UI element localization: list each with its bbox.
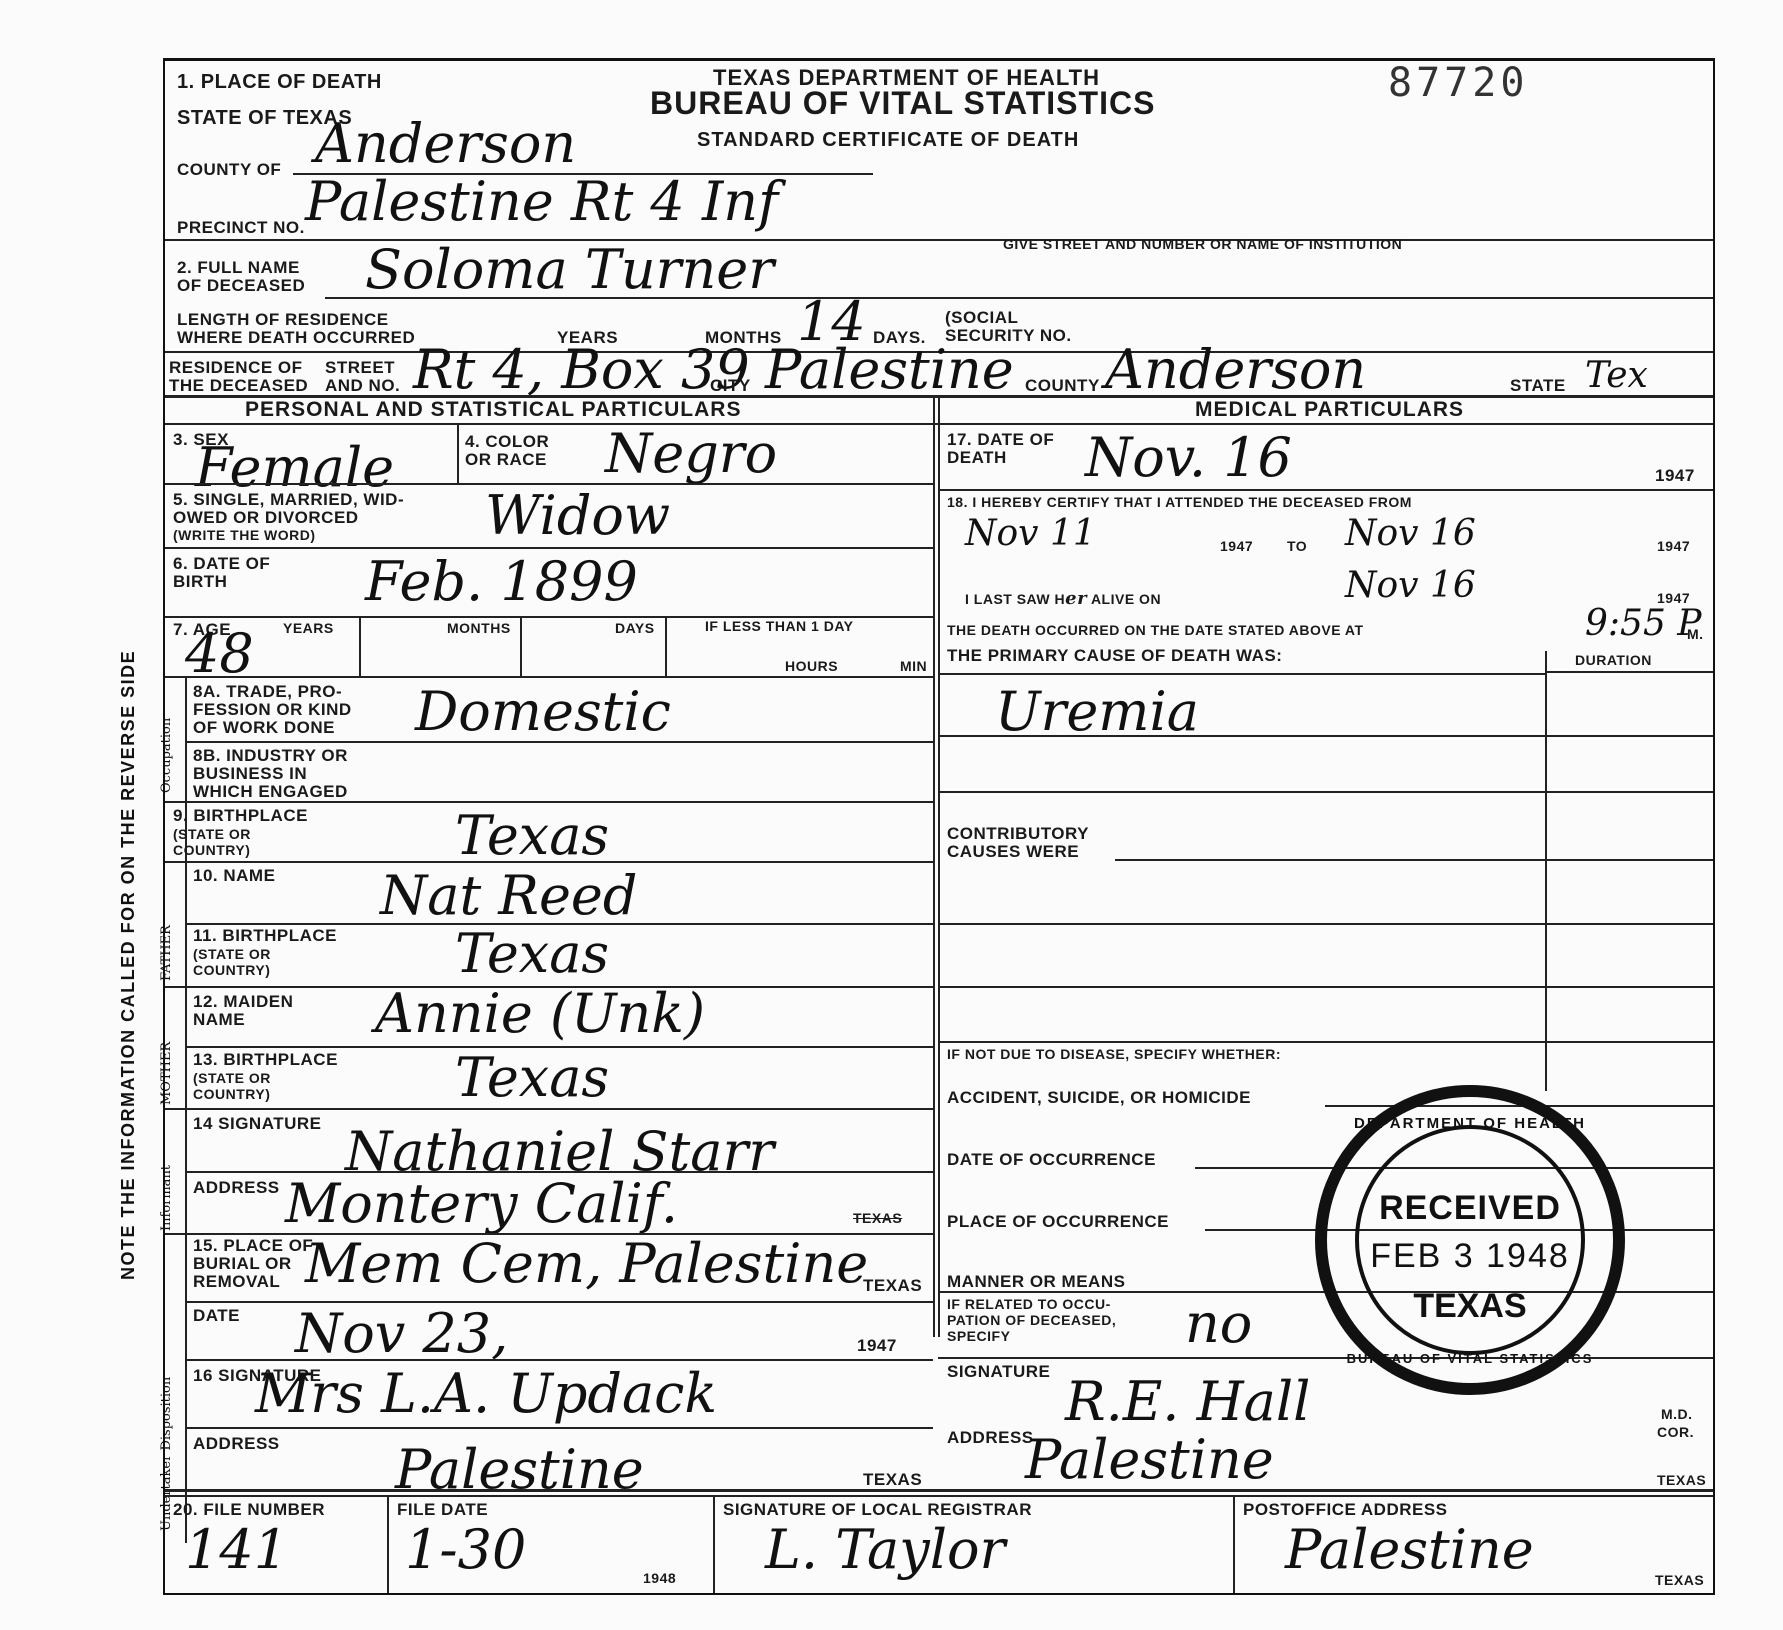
race-label-2: OR RACE bbox=[465, 451, 547, 469]
street-label-2: AND NO. bbox=[325, 377, 400, 395]
mother-birthplace-label-1: 13. BIRTHPLACE bbox=[193, 1051, 338, 1069]
informant-address-value: Montery Calif. bbox=[285, 1181, 678, 1227]
county-value: Anderson bbox=[315, 121, 576, 167]
dod-label-2: DEATH bbox=[947, 449, 1007, 467]
file-number-label: 20. FILE NUMBER bbox=[173, 1501, 325, 1519]
attended-label: 18. I HEREBY CERTIFY THAT I ATTENDED THE… bbox=[947, 495, 1412, 510]
mother-birthplace-label-3: COUNTRY) bbox=[193, 1087, 270, 1102]
stamp-arc-bottom: BUREAU OF VITAL STATISTICS bbox=[1327, 1351, 1613, 1366]
age-min-label: MIN bbox=[900, 659, 927, 674]
age-value: 48 bbox=[185, 631, 254, 677]
father-birthplace-value: Texas bbox=[455, 931, 609, 977]
primary-cause-value: Uremia bbox=[995, 689, 1199, 735]
related-value: no bbox=[1185, 1301, 1252, 1347]
death-time-value: 9:55 P bbox=[1585, 601, 1702, 647]
birthplace-value: Texas bbox=[455, 813, 609, 859]
postoffice-label: POSTOFFICE ADDRESS bbox=[1243, 1501, 1448, 1519]
related-label-3: SPECIFY bbox=[947, 1329, 1010, 1344]
contributory-label-2: CAUSES WERE bbox=[947, 843, 1079, 861]
father-name-label: 10. NAME bbox=[193, 867, 275, 885]
received-stamp: DEPARTMENT OF HEALTH RECEIVED FEB 3 1948… bbox=[1315, 1085, 1625, 1395]
ssn-label-1: (SOCIAL bbox=[945, 309, 1018, 327]
full-name-label-2: OF DECEASED bbox=[177, 277, 305, 295]
industry-label-1: 8B. INDUSTRY OR bbox=[193, 747, 348, 765]
file-date-value: 1-30 bbox=[405, 1527, 526, 1573]
residence-county-label: COUNTY bbox=[1025, 377, 1100, 395]
street-hint: GIVE STREET AND NUMBER OR NAME OF INSTIT… bbox=[1003, 237, 1402, 252]
dod-label-1: 17. DATE OF bbox=[947, 431, 1054, 449]
mother-birthplace-value: Texas bbox=[455, 1055, 609, 1101]
registrar-signature: L. Taylor bbox=[765, 1527, 1005, 1573]
physician-address-value: Palestine bbox=[1025, 1437, 1274, 1483]
mother-name-label-1: 12. MAIDEN bbox=[193, 993, 293, 1011]
informant-address-label: ADDRESS bbox=[193, 1179, 280, 1197]
burial-state: TEXAS bbox=[863, 1277, 922, 1295]
father-name-value: Nat Reed bbox=[380, 873, 637, 919]
mother-birthplace-label-2: (STATE OR bbox=[193, 1071, 271, 1086]
related-label-1: IF RELATED TO OCCU- bbox=[947, 1297, 1111, 1312]
undertaker-signature-value: Mrs L.A. Updack bbox=[255, 1371, 717, 1417]
informant-state: TEXAS bbox=[853, 1211, 902, 1226]
precinct-value: Palestine Rt 4 Inf bbox=[305, 179, 778, 225]
physician-address-label: ADDRESS bbox=[947, 1429, 1034, 1447]
undertaker-state: TEXAS bbox=[863, 1471, 922, 1489]
father-side-label: FATHER bbox=[159, 925, 174, 981]
birthplace-label-2: (STATE OR bbox=[173, 827, 251, 842]
industry-label-2: BUSINESS IN bbox=[193, 765, 307, 783]
residence-state-value: Tex bbox=[1585, 353, 1648, 399]
street-value: Rt 4, Box 39 bbox=[413, 347, 750, 393]
attended-to-value: Nov 16 bbox=[1345, 511, 1476, 557]
marital-label-1: 5. SINGLE, MARRIED, WID- bbox=[173, 491, 404, 509]
burial-label-3: REMOVAL bbox=[193, 1273, 280, 1291]
informant-signature-value: Nathaniel Starr bbox=[345, 1129, 774, 1175]
burial-label-1: 15. PLACE OF bbox=[193, 1237, 313, 1255]
attended-to-label: TO bbox=[1287, 539, 1307, 554]
burial-year: 1947 bbox=[857, 1337, 897, 1355]
stamp-date: FEB 3 1948 bbox=[1327, 1237, 1613, 1276]
residence-label-1: RESIDENCE OF bbox=[169, 359, 303, 377]
street-label-1: STREET bbox=[325, 359, 395, 377]
race-label-1: 4. COLOR bbox=[465, 433, 549, 451]
attended-from-value: Nov 11 bbox=[965, 511, 1096, 557]
physician-cor-suffix: COR. bbox=[1657, 1425, 1694, 1440]
informant-signature-label: 14 SIGNATURE bbox=[193, 1115, 322, 1133]
age-less-than-day-label: IF LESS THAN 1 DAY bbox=[705, 619, 854, 634]
registrar-label: SIGNATURE OF LOCAL REGISTRAR bbox=[723, 1501, 1032, 1519]
attended-to-year: 1947 bbox=[1657, 539, 1690, 554]
informant-side-label: Informant bbox=[159, 1165, 174, 1231]
mother-side-label: MOTHER bbox=[159, 1042, 174, 1105]
marital-label-3: (WRITE THE WORD) bbox=[173, 528, 316, 543]
age-years-label: YEARS bbox=[283, 621, 334, 636]
mother-name-label-2: NAME bbox=[193, 1011, 245, 1029]
dod-year: 1947 bbox=[1655, 467, 1695, 485]
stamp-arc-top: DEPARTMENT OF HEALTH bbox=[1327, 1115, 1613, 1132]
birthplace-label-3: COUNTRY) bbox=[173, 843, 250, 858]
city-label: CITY bbox=[710, 377, 751, 395]
manner-label: MANNER OR MEANS bbox=[947, 1273, 1125, 1291]
dob-label-2: BIRTH bbox=[173, 573, 227, 591]
occurrence-date-label: DATE OF OCCURRENCE bbox=[947, 1151, 1156, 1169]
mother-name-value: Annie (Unk) bbox=[375, 991, 705, 1037]
physician-md-suffix: M.D. bbox=[1661, 1407, 1693, 1422]
not-disease-label: IF NOT DUE TO DISEASE, SPECIFY WHETHER: bbox=[947, 1047, 1281, 1062]
file-date-year: 1948 bbox=[643, 1571, 676, 1586]
age-months-label: MONTHS bbox=[447, 621, 511, 636]
residence-length-label-2: WHERE DEATH OCCURRED bbox=[177, 329, 415, 347]
death-time-suffix: M. bbox=[1687, 627, 1704, 642]
burial-label-2: BURIAL OR bbox=[193, 1255, 292, 1273]
county-label: COUNTY OF bbox=[177, 161, 281, 179]
postoffice-value: Palestine bbox=[1285, 1527, 1534, 1573]
burial-date-label: DATE bbox=[193, 1307, 240, 1325]
physician-signature-label: SIGNATURE bbox=[947, 1363, 1050, 1381]
related-label-2: PATION OF DECEASED, bbox=[947, 1313, 1116, 1328]
attended-from-year: 1947 bbox=[1220, 539, 1253, 554]
last-saw-pronoun: er bbox=[1065, 588, 1087, 609]
postoffice-state: TEXAS bbox=[1655, 1573, 1704, 1588]
race-value: Negro bbox=[605, 431, 777, 477]
death-time-label: THE DEATH OCCURRED ON THE DATE STATED AB… bbox=[947, 623, 1364, 638]
marital-label-2: OWED OR DIVORCED bbox=[173, 509, 359, 527]
dod-value: Nov. 16 bbox=[1085, 435, 1292, 481]
father-birthplace-label-1: 11. BIRTHPLACE bbox=[193, 927, 337, 945]
place-of-death-label: 1. PLACE OF DEATH bbox=[177, 73, 382, 91]
accident-label: ACCIDENT, SUICIDE, OR HOMICIDE bbox=[947, 1089, 1251, 1107]
age-hours-label: HOURS bbox=[785, 659, 838, 674]
occupation-side-label: Occupation bbox=[159, 718, 174, 793]
full-name-value: Soloma Turner bbox=[365, 247, 774, 293]
dob-value: Feb. 1899 bbox=[365, 559, 638, 605]
residence-label-2: THE DECEASED bbox=[169, 377, 308, 395]
industry-label-3: WHICH ENGAGED bbox=[193, 783, 348, 801]
residence-state-label: STATE bbox=[1510, 377, 1566, 395]
trade-value: Domestic bbox=[415, 689, 671, 735]
duration-label: DURATION bbox=[1575, 653, 1652, 668]
file-date-label: FILE DATE bbox=[397, 1501, 488, 1519]
last-saw-value: Nov 16 bbox=[1345, 563, 1476, 609]
stamp-state: TEXAS bbox=[1327, 1287, 1613, 1326]
burial-place-value: Mem Cem, Palestine bbox=[305, 1241, 868, 1287]
birthplace-label-1: 9. BIRTHPLACE bbox=[173, 807, 308, 825]
occurrence-place-label: PLACE OF OCCURRENCE bbox=[947, 1213, 1169, 1231]
last-saw-label: I LAST SAW Her ALIVE ON bbox=[965, 591, 1161, 607]
bureau-title: BUREAU OF VITAL STATISTICS bbox=[650, 94, 1155, 112]
physician-address-state: TEXAS bbox=[1657, 1473, 1706, 1488]
certificate-type-title: STANDARD CERTIFICATE OF DEATH bbox=[697, 131, 1079, 149]
death-certificate-page: NOTE THE INFORMATION CALLED FOR ON THE R… bbox=[0, 0, 1783, 1630]
age-days-label: DAYS bbox=[615, 621, 655, 636]
undertaker-address-label: ADDRESS bbox=[193, 1435, 280, 1453]
full-name-label-1: 2. FULL NAME bbox=[177, 259, 300, 277]
marital-value: Widow bbox=[485, 493, 670, 539]
city-value: Palestine bbox=[765, 347, 1014, 393]
dob-label-1: 6. DATE OF bbox=[173, 555, 270, 573]
father-birthplace-label-3: COUNTRY) bbox=[193, 963, 270, 978]
disposition-side-label: Undertaker Disposition bbox=[159, 1377, 174, 1531]
stamp-received: RECEIVED bbox=[1327, 1189, 1613, 1228]
burial-date-value: Nov 23, bbox=[295, 1311, 508, 1357]
trade-label-3: OF WORK DONE bbox=[193, 719, 335, 737]
precinct-label: PRECINCT NO. bbox=[177, 219, 305, 237]
residence-county-value: Anderson bbox=[1105, 347, 1366, 393]
file-number-value: 141 bbox=[185, 1527, 288, 1573]
trade-label-2: FESSION OR KIND bbox=[193, 701, 352, 719]
undertaker-address-value: Palestine bbox=[395, 1447, 644, 1493]
personal-section-title: PERSONAL AND STATISTICAL PARTICULARS bbox=[245, 401, 741, 419]
reverse-side-note: NOTE THE INFORMATION CALLED FOR ON THE R… bbox=[118, 650, 139, 1280]
father-birthplace-label-2: (STATE OR bbox=[193, 947, 271, 962]
residence-length-label-1: LENGTH OF RESIDENCE bbox=[177, 311, 389, 329]
physician-signature-value: R.E. Hall bbox=[1065, 1379, 1310, 1425]
contributory-label-1: CONTRIBUTORY bbox=[947, 825, 1089, 843]
primary-cause-label: THE PRIMARY CAUSE OF DEATH WAS: bbox=[947, 647, 1282, 665]
medical-section-title: MEDICAL PARTICULARS bbox=[1195, 401, 1464, 419]
trade-label-1: 8A. TRADE, PRO- bbox=[193, 683, 342, 701]
